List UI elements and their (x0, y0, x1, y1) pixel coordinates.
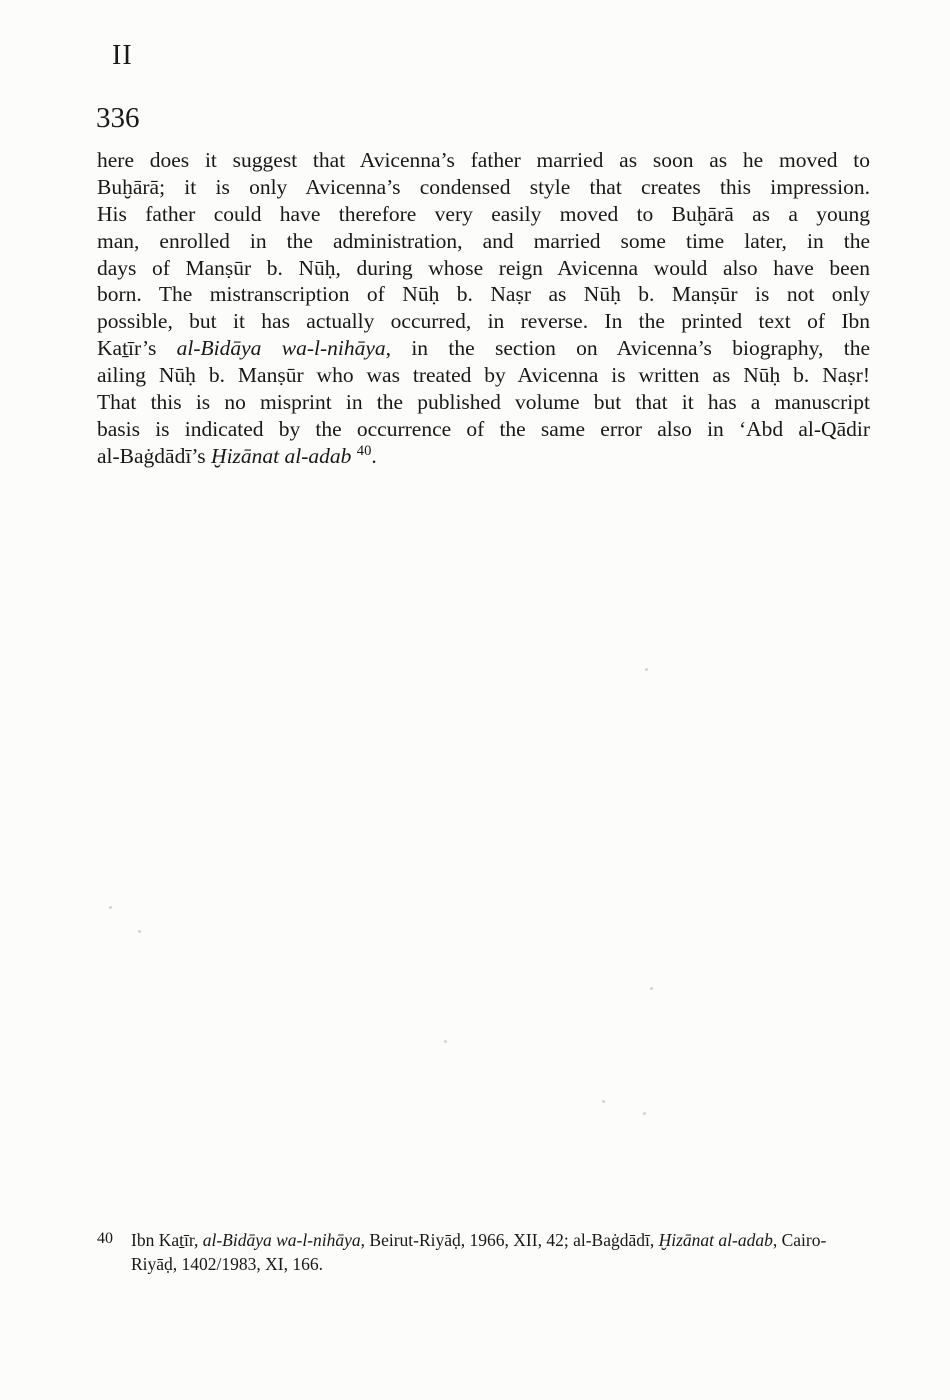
scan-speck (602, 1100, 605, 1103)
text-run: His father could have therefore very eas… (97, 202, 870, 226)
text-run: , in the section on Avicenna’s biography… (386, 336, 870, 360)
text-line: here does it suggest that Avicenna’s fat… (97, 147, 870, 174)
text-run: That this is no misprint in the publishe… (97, 390, 870, 414)
text-line: Buḫārā; it is only Avicenna’s condensed … (97, 174, 870, 201)
text-run: days of Manṣūr b. Nūḥ, during whose reig… (97, 256, 870, 280)
text-run: . (371, 444, 376, 468)
text-run: here does it suggest that Avicenna’s fat… (97, 148, 870, 172)
text-line: His father could have therefore very eas… (97, 201, 870, 228)
text-run: al-Bidāya wa-l-nihāya (177, 336, 386, 360)
footnote-text: Ibn Kaṯīr, al-Bidāya wa-l-nihāya, Beirut… (131, 1229, 870, 1276)
text-line: born. The mistranscription of Nūḥ b. Naṣ… (97, 281, 870, 308)
scan-speck (643, 1112, 646, 1115)
footnote-reference: 40 (357, 443, 372, 459)
text-run: Ḫizānat al-adab (211, 444, 351, 468)
text-run: al-Bidāya wa-l-nihāya (203, 1230, 361, 1250)
text-run: Riyāḍ, 1402/1983, XI, 166. (131, 1254, 323, 1274)
text-line: possible, but it has actually occurred, … (97, 308, 870, 335)
text-run: , Beirut-Riyāḍ, 1966, XII, 42; al-Baġdād… (361, 1230, 659, 1250)
text-run: possible, but it has actually occurred, … (97, 309, 870, 333)
scanned-document-page: II 336 here does it suggest that Avicenn… (0, 0, 950, 1400)
scan-speck (650, 987, 653, 990)
text-run: Kaṯīr’s (97, 336, 177, 360)
text-run: born. The mistranscription of Nūḥ b. Naṣ… (97, 282, 870, 306)
body-paragraph: here does it suggest that Avicenna’s fat… (97, 147, 870, 470)
text-line: Riyāḍ, 1402/1983, XI, 166. (131, 1253, 870, 1277)
scan-speck (645, 668, 648, 671)
scan-speck (109, 906, 112, 909)
scan-speck (138, 930, 141, 933)
text-line: basis is indicated by the occurrence of … (97, 416, 870, 443)
page-number: 336 (96, 104, 140, 133)
text-run: basis is indicated by the occurrence of … (97, 417, 870, 441)
scan-speck (444, 1040, 447, 1043)
text-line: al-Baġdādī’s Ḫizānat al-adab 40. (97, 443, 870, 470)
text-line: man, enrolled in the administration, and… (97, 228, 870, 255)
footnote: 40 Ibn Kaṯīr, al-Bidāya wa-l-nihāya, Bei… (97, 1229, 870, 1276)
text-run: al-Baġdādī’s (97, 444, 211, 468)
text-line: ailing Nūḥ b. Manṣūr who was treated by … (97, 362, 870, 389)
text-run: Ḫizānat al-adab (659, 1230, 773, 1250)
text-line: days of Manṣūr b. Nūḥ, during whose reig… (97, 255, 870, 282)
text-run: Buḫārā; it is only Avicenna’s condensed … (97, 175, 870, 199)
section-heading: II (112, 42, 133, 70)
text-run: , Cairo- (773, 1230, 826, 1250)
text-run: ailing Nūḥ b. Manṣūr who was treated by … (97, 363, 870, 387)
text-line: Kaṯīr’s al-Bidāya wa-l-nihāya, in the se… (97, 335, 870, 362)
text-run: man, enrolled in the administration, and… (97, 229, 870, 253)
footnote-marker: 40 (97, 1231, 113, 1247)
text-run: Ibn Kaṯīr, (131, 1230, 203, 1250)
text-line: Ibn Kaṯīr, al-Bidāya wa-l-nihāya, Beirut… (131, 1229, 870, 1253)
text-line: That this is no misprint in the publishe… (97, 389, 870, 416)
